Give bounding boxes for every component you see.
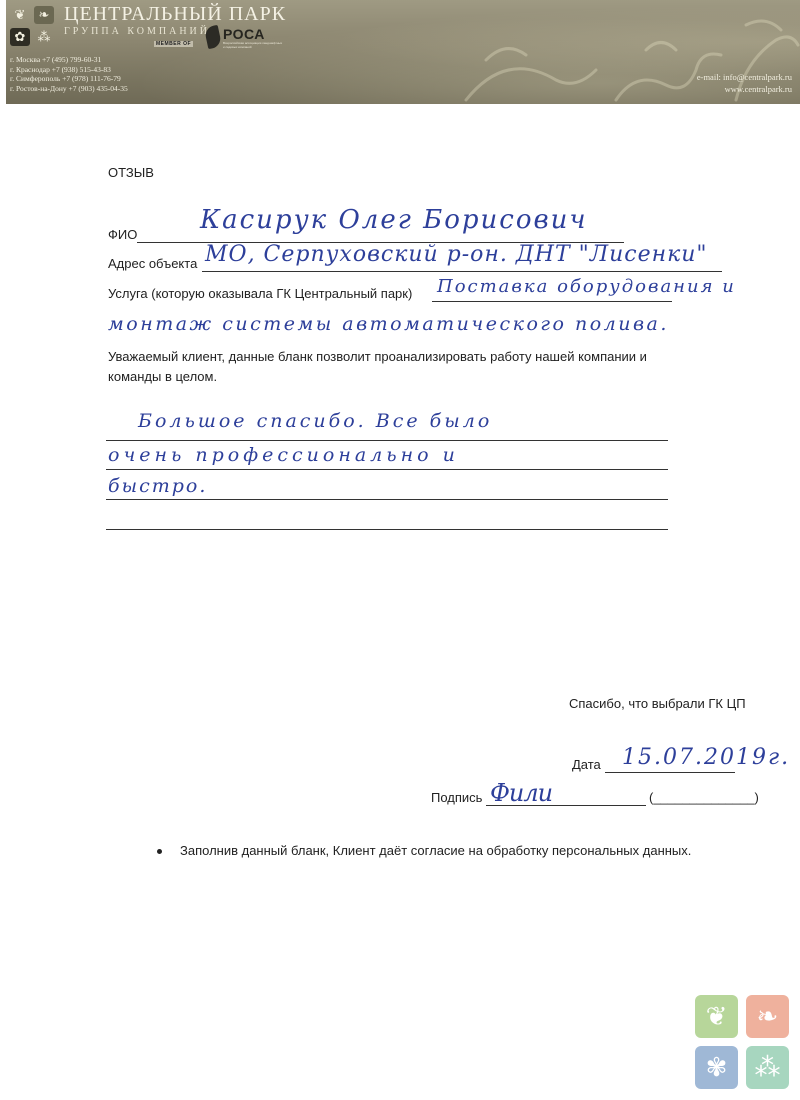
leaf-sprig-icon: ❦ (10, 6, 30, 24)
contact-line: г. Москва +7 (495) 799-60-31 (10, 55, 128, 65)
address-label: Адрес объекта (108, 256, 197, 271)
flower-dots-icon: ⁂ (34, 28, 54, 46)
feedback-rule-1 (106, 440, 668, 441)
fio-value[interactable]: Касирук Олег Борисович (200, 205, 588, 235)
fio-label: ФИО (108, 227, 137, 242)
feedback-line-3[interactable]: быстро. (108, 475, 207, 497)
service-value-line1[interactable]: Поставка оборудования и (437, 276, 736, 297)
signature-name-field[interactable]: (______________) (649, 790, 759, 805)
bullet-icon (157, 849, 162, 854)
intro-text-line1: Уважаемый клиент, данные бланк позволит … (108, 349, 647, 364)
signature-label: Подпись (431, 790, 482, 805)
partner-logo: РОСА Всероссийская ассоциация ландшафтны… (206, 26, 265, 56)
date-underline (605, 772, 735, 773)
letterhead-banner: ❦ ❧ ✿ ⁂ ЦЕНТРАЛЬНЫЙ ПАРК ГРУППА КОМПАНИЙ… (6, 0, 800, 104)
feedback-rule-4 (106, 529, 668, 530)
feedback-line-1[interactable]: Большое спасибо. Все было (138, 410, 492, 432)
signature-value[interactable]: Фили (490, 779, 552, 807)
form-title: ОТЗЫВ (108, 165, 154, 180)
address-value[interactable]: МО, Серпуховский р-он. ДНТ "Лисенки" (205, 242, 708, 267)
service-value-line2[interactable]: монтаж системы автоматического полива. (108, 313, 669, 335)
website-link[interactable]: www.centralpark.ru (697, 83, 792, 95)
contact-line: г. Симферополь +7 (978) 111-76-79 (10, 74, 128, 84)
contact-line: г. Ростов-на-Дону +7 (903) 435-04-35 (10, 84, 128, 94)
date-label: Дата (572, 757, 601, 772)
service-label: Услуга (которую оказывала ГК Центральный… (108, 286, 412, 301)
olive-branch-icon: ✿ (10, 28, 30, 46)
leaf-icon: ❧ (746, 995, 789, 1038)
contact-phones: г. Москва +7 (495) 799-60-31 г. Краснода… (10, 55, 128, 93)
company-name: ЦЕНТРАЛЬНЫЙ ПАРК (64, 3, 286, 26)
email-link[interactable]: e-mail: info@centralpark.ru (697, 71, 792, 83)
feedback-rule-3 (106, 499, 668, 500)
company-subtitle: ГРУППА КОМПАНИЙ (64, 26, 210, 37)
web-contacts: e-mail: info@centralpark.ru www.centralp… (697, 71, 792, 95)
address-underline (202, 271, 722, 272)
sprig-icon: ❦ (695, 995, 738, 1038)
intro-text-line2: команды в целом. (108, 369, 217, 384)
service-underline (432, 301, 672, 302)
company-logo: ❦ ❧ ✿ ⁂ (10, 6, 60, 48)
date-value[interactable]: 15.07.2019г. (622, 745, 790, 770)
consent-note: Заполнив данный бланк, Клиент даёт согла… (180, 843, 691, 858)
partner-name: РОСА (223, 26, 265, 42)
partner-tagline: Всероссийская ассоциация ландшафтных и с… (223, 42, 283, 49)
contact-line: г. Краснодар +7 (938) 515-43-83 (10, 65, 128, 75)
berries-icon: ⁂ (746, 1046, 789, 1089)
rosa-leaf-icon (204, 25, 222, 49)
feedback-line-2[interactable]: очень профессионально и (108, 444, 459, 466)
feedback-rule-2 (106, 469, 668, 470)
leaf-icon: ❧ (34, 6, 54, 24)
corner-logo: ❦ ❧ ✾ ⁂ (695, 995, 791, 1091)
thanks-text: Спасибо, что выбрали ГК ЦП (569, 696, 746, 711)
member-of-label: MEMBER OF (154, 41, 193, 47)
fern-icon: ✾ (695, 1046, 738, 1089)
